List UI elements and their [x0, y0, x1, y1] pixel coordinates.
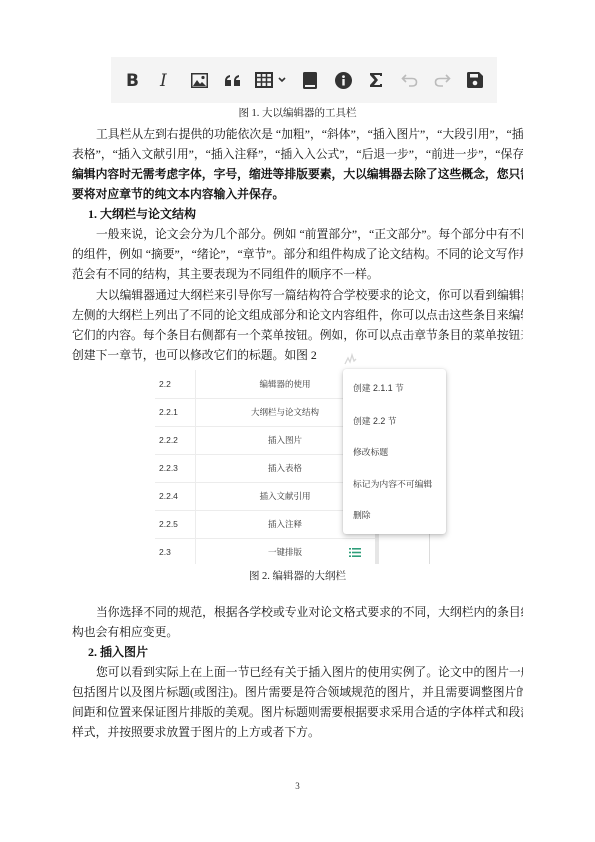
- editor-toolbar: B I: [111, 57, 497, 103]
- bold-button[interactable]: B: [121, 68, 145, 92]
- chevron-down-icon: [277, 76, 287, 84]
- context-menu: 创建 2.1.1 节 创建 2.2 节 修改标题 标记为内容不可编辑 删除: [343, 369, 446, 534]
- undo-icon: [401, 73, 418, 87]
- menu-item-create-subsection[interactable]: 创建 2.1.1 节: [353, 381, 404, 395]
- italic-icon: I: [159, 71, 173, 89]
- para1-line: 表格”，“插入文献引用”，“插入注释”，“插入入公式”，“后退一步”，“前进一步…: [72, 144, 523, 164]
- cursor-trace-icon: [343, 352, 363, 366]
- image-icon: [191, 73, 208, 88]
- menu-item-delete[interactable]: 删除: [353, 508, 371, 522]
- para3-line: 大以编辑器通过大纲栏来引导你写一篇结构符合学校要求的论文，你可以看到编辑器: [96, 285, 523, 305]
- outline-item-number: 2.3: [159, 538, 171, 564]
- book-icon: [303, 72, 317, 89]
- quote-icon: [224, 74, 241, 87]
- page-number: 3: [280, 781, 315, 791]
- para4-line: 构也会有相应变更。: [72, 622, 523, 642]
- outline-item-number: 2.2.5: [159, 510, 178, 538]
- save-button[interactable]: [463, 68, 487, 92]
- insert-formula-button[interactable]: [364, 68, 388, 92]
- save-icon: [467, 72, 483, 88]
- para2-line: 范会有不同的结构，其主要表现为不同组件的顺序不一样。: [72, 264, 523, 284]
- outline-item[interactable]: 2.2.5 插入注释: [155, 510, 375, 539]
- insert-citation-button[interactable]: [298, 68, 322, 92]
- para3-line: 它们的内容。每个条目右侧都有一个菜单按钮。例如，你可以点击章节条目的菜单按钮来: [72, 325, 523, 345]
- outline-item[interactable]: 2.2.1 大纲栏与论文结构: [155, 398, 375, 427]
- para5-line: 包括图片以及图片标题(或图注)。图片需要是符合领域规范的图片，并且需要调整图片的: [72, 682, 523, 702]
- outline-item[interactable]: 2.2.2 插入图片: [155, 426, 375, 455]
- menu-item-create-section[interactable]: 创建 2.2 节: [353, 414, 397, 428]
- insert-table-button[interactable]: [253, 68, 289, 92]
- para2-line: 的组件，例如 “摘要”，“绪论”，“章节”。部分和组件构成了论文结构。不同的论文…: [72, 244, 523, 264]
- bold-icon: B: [125, 71, 141, 89]
- para5-line: 您可以看到实际上在上面一节已经有关于插入图片的使用实例了。论文中的图片一般: [96, 662, 523, 682]
- outline-item-number: 2.2.1: [159, 398, 178, 426]
- sigma-icon: [369, 72, 383, 88]
- para2-line: 一般来说，论文会分为几个部分。例如 “前置部分”，“正文部分”。每个部分中有不同: [96, 224, 523, 244]
- outline-item-number: 2.2: [159, 370, 171, 398]
- outline-item[interactable]: 2.2.4 插入文献引用: [155, 482, 375, 511]
- info-icon: [335, 72, 352, 89]
- para1-line-bold: 要将对应章节的纯文本内容输入并保存。: [72, 184, 523, 204]
- outline-item-title: 一键排版: [195, 538, 375, 564]
- outline-item[interactable]: 2.2.3 插入表格: [155, 454, 375, 483]
- insert-note-button[interactable]: [331, 68, 355, 92]
- para1-line: 工具栏从左到右提供的功能依次是 “加粗”，“斜体”，“插入图片”，“大段引用”，…: [96, 124, 523, 144]
- para5-line: 样式，并按照要求放置于图片的上方或者下方。: [72, 722, 523, 742]
- redo-button[interactable]: [430, 68, 454, 92]
- insert-image-button[interactable]: [187, 68, 211, 92]
- undo-button[interactable]: [397, 68, 421, 92]
- menu-item-mark-readonly[interactable]: 标记为内容不可编辑: [353, 477, 432, 491]
- redo-icon: [434, 73, 451, 87]
- outline-item-number: 2.2.3: [159, 454, 178, 482]
- section-heading-1: 1. 大纲栏与论文结构: [88, 204, 196, 224]
- italic-button[interactable]: I: [154, 68, 178, 92]
- outline-item[interactable]: 2.3 一键排版: [155, 538, 375, 564]
- menu-item-edit-title[interactable]: 修改标题: [353, 445, 388, 459]
- para3-line: 创建下一章节，也可以修改它们的标题。如图 2: [72, 345, 523, 365]
- para5-line: 间距和位置来保证图片排版的美观。图片标题则需要根据要求采用合适的字体样式和段落: [72, 702, 523, 722]
- para1-line-bold: 编辑内容时无需考虑字体，字号，缩进等排版要素，大以编辑器去除了这些概念，您只需: [72, 164, 523, 184]
- outline-item-number: 2.2.2: [159, 426, 178, 454]
- section-heading-2: 2. 插入图片: [88, 642, 148, 662]
- outline-item-number: 2.2.4: [159, 482, 178, 510]
- outline-item[interactable]: 2.2 编辑器的使用: [155, 370, 375, 399]
- figure-2-caption: 图 2. 编辑器的大纲栏: [72, 570, 523, 584]
- svg-text:B: B: [126, 71, 139, 89]
- svg-text:I: I: [159, 71, 167, 89]
- table-icon: [255, 72, 273, 88]
- para4-line: 当你选择不同的规范，根据各学校或专业对论文格式要求的不同，大纲栏内的条目结: [96, 602, 523, 622]
- block-quote-button[interactable]: [220, 68, 244, 92]
- para3-line: 左侧的大纲栏上列出了不同的论文组成部分和论文内容组件，你可以点击这些条目来编辑: [72, 305, 523, 325]
- list-menu-icon[interactable]: [349, 548, 361, 557]
- figure-1-caption: 图 1. 大以编辑器的工具栏: [72, 107, 523, 121]
